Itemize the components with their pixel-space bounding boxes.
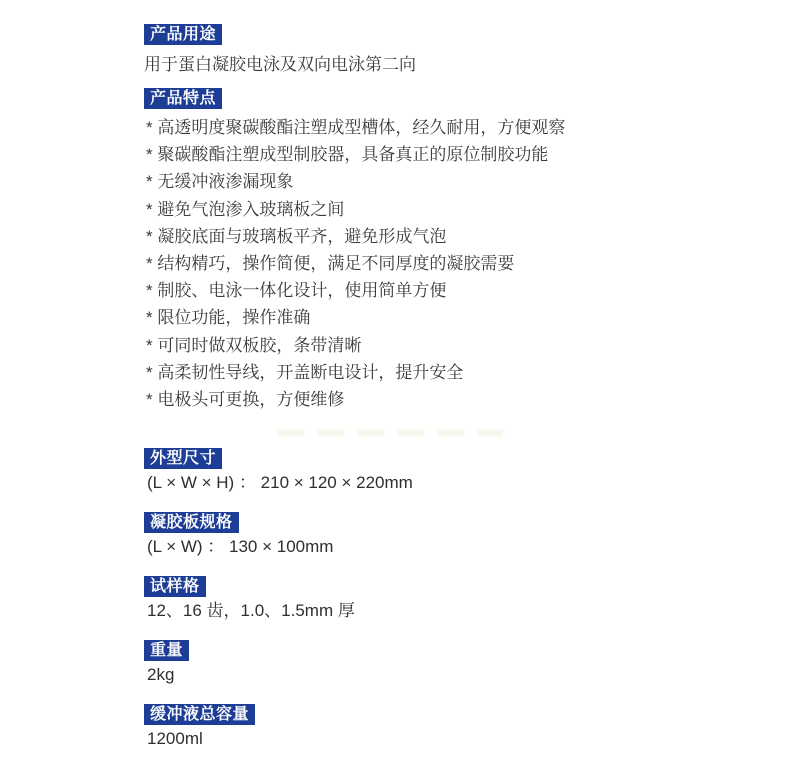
buffer-capacity-heading-badge: 缓冲液总容量 [144, 704, 255, 725]
section-sample-comb: 试样格 12、16 齿，1.0、1.5mm 厚 [144, 576, 740, 620]
section-gel-plate-spec: 凝胶板规格 (L × W) ： 130 × 100mm [144, 512, 740, 556]
dimensions-value: (L × W × H) ： 210 × 120 × 220mm [144, 474, 740, 492]
features-list: * 高透明度聚碳酸酯注塑成型槽体，经久耐用，方便观察 * 聚碳酸酯注塑成型制胶器… [144, 114, 740, 413]
buffer-capacity-value: 1200ml [144, 730, 740, 748]
feature-item: * 可同时做双板胶，条带清晰 [144, 332, 740, 359]
weight-value: 2kg [144, 666, 740, 684]
feature-item: * 制胶、电泳一体化设计，使用简单方便 [144, 277, 740, 304]
feature-item: * 电极头可更换，方便维修 [144, 386, 740, 413]
feature-item: * 聚碳酸酯注塑成型制胶器，具备真正的原位制胶功能 [144, 141, 740, 168]
feature-item: * 高透明度聚碳酸酯注塑成型槽体，经久耐用，方便观察 [144, 114, 740, 141]
section-product-features: 产品特点 * 高透明度聚碳酸酯注塑成型槽体，经久耐用，方便观察 * 聚碳酸酯注塑… [144, 88, 740, 413]
section-product-usage: 产品用途 用于蛋白凝胶电泳及双向电泳第二向 [144, 24, 740, 78]
feature-item: * 凝胶底面与玻璃板平齐，避免形成气泡 [144, 223, 740, 250]
section-weight: 重量 2kg [144, 640, 740, 684]
weight-heading-badge: 重量 [144, 640, 189, 661]
gel-plate-value: (L × W) ： 130 × 100mm [144, 538, 740, 556]
feature-item: * 避免气泡渗入玻璃板之间 [144, 196, 740, 223]
feature-item: * 高柔韧性导线，开盖断电设计，提升安全 [144, 359, 740, 386]
gel-plate-heading-badge: 凝胶板规格 [144, 512, 239, 533]
dimensions-heading-badge: 外型尺寸 [144, 448, 222, 469]
section-buffer-capacity: 缓冲液总容量 1200ml [144, 704, 740, 748]
feature-item: * 限位功能，操作准确 [144, 304, 740, 331]
product-spec-page: 产品用途 用于蛋白凝胶电泳及双向电泳第二向 产品特点 * 高透明度聚碳酸酯注塑成… [0, 0, 800, 765]
sample-comb-heading-badge: 试样格 [144, 576, 206, 597]
feature-item: * 结构精巧，操作简便，满足不同厚度的凝胶需要 [144, 250, 740, 277]
feature-item: * 无缓冲液渗漏现象 [144, 168, 740, 195]
faint-watermark-artifact [278, 429, 503, 436]
usage-heading-badge: 产品用途 [144, 24, 222, 45]
usage-text: 用于蛋白凝胶电泳及双向电泳第二向 [144, 52, 740, 78]
section-outer-dimensions: 外型尺寸 (L × W × H) ： 210 × 120 × 220mm [144, 448, 740, 492]
features-heading-badge: 产品特点 [144, 88, 222, 109]
sample-comb-value: 12、16 齿，1.0、1.5mm 厚 [144, 602, 740, 620]
